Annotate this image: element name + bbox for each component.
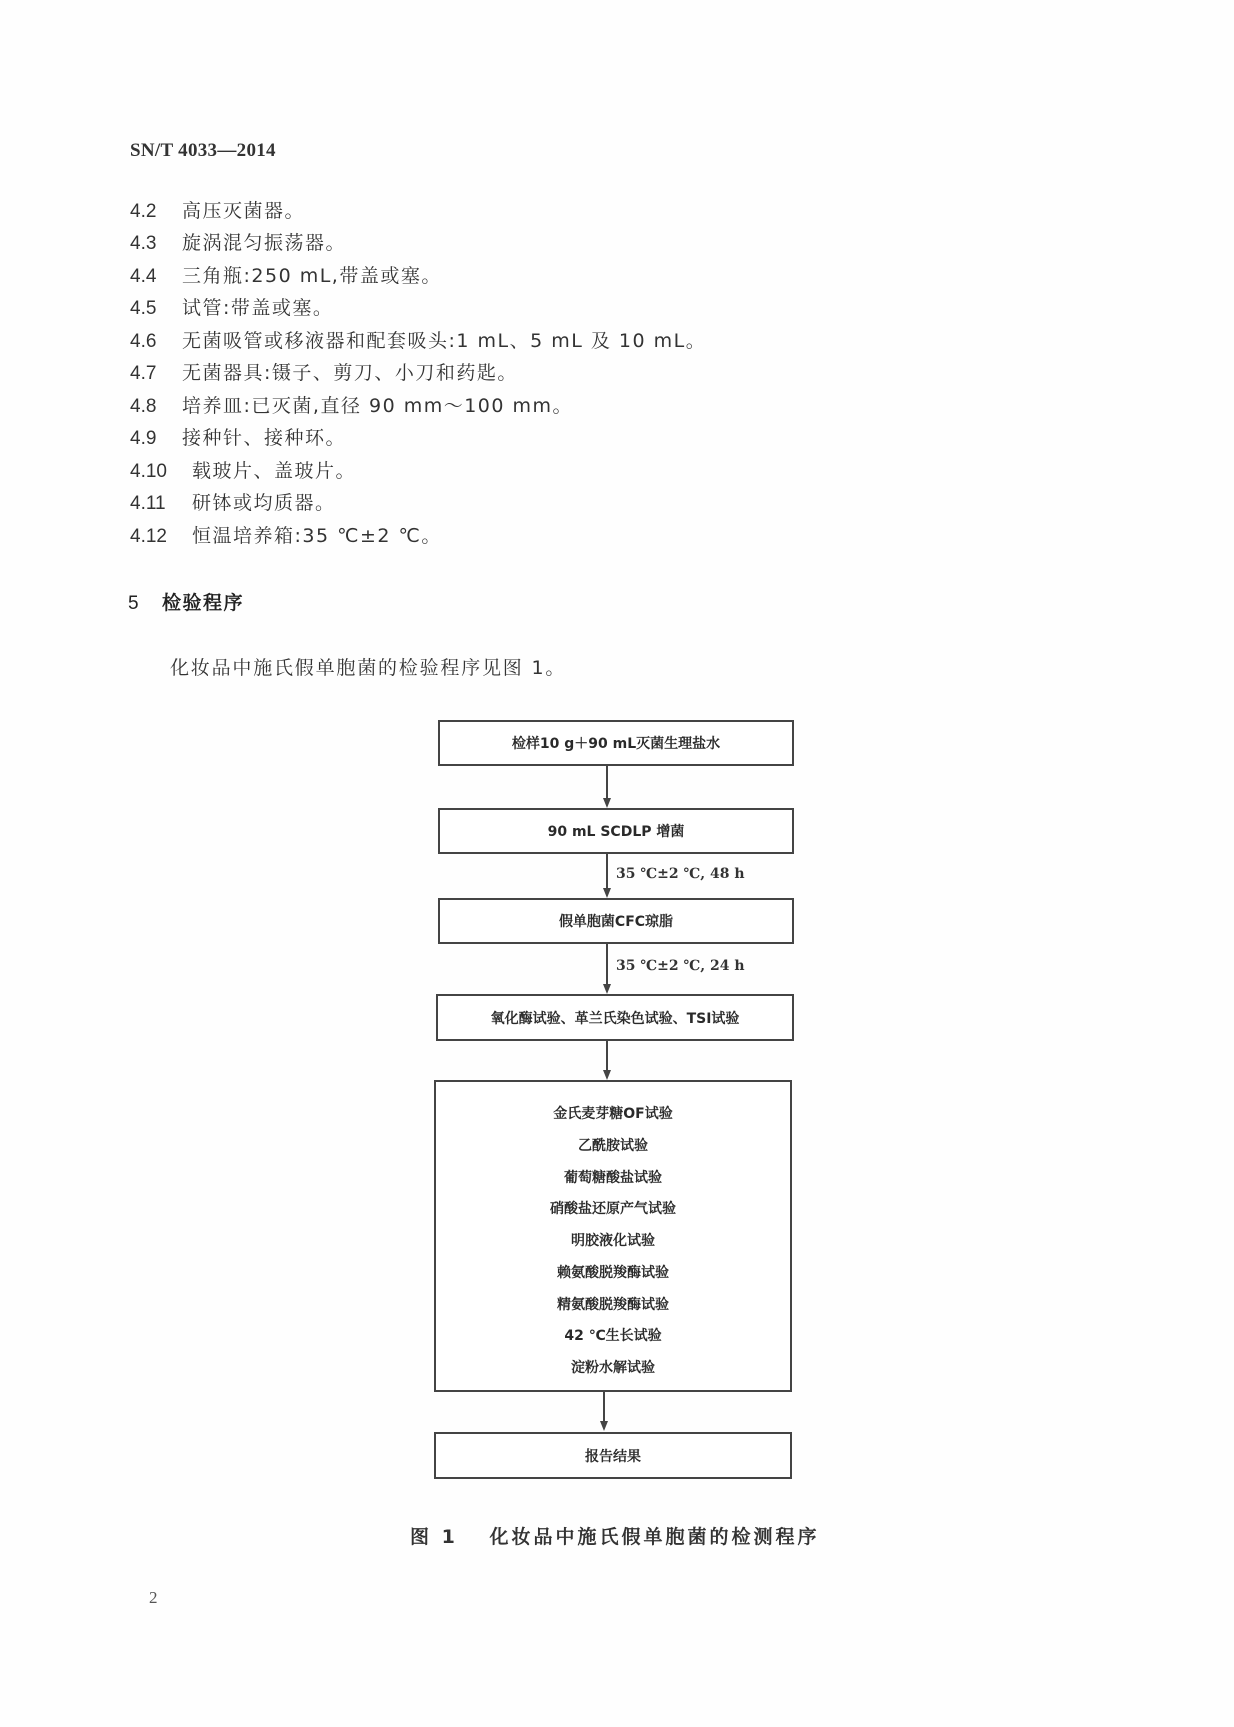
item-text: 旋涡混匀振荡器。 [182, 228, 346, 255]
test-item: 精氨酸脱羧酶试验 [557, 1295, 669, 1327]
flow-step-label: 报告结果 [585, 1446, 641, 1466]
item-number: 4.6 [130, 331, 182, 353]
arrow-down-icon [603, 798, 611, 808]
figure-title: 化妆品中施氏假单胞菌的检测程序 [489, 1526, 819, 1548]
connector-line [606, 944, 608, 986]
item-text: 高压灭菌器。 [182, 196, 305, 223]
connector-line [606, 1041, 608, 1072]
item-number: 4.3 [130, 233, 182, 255]
standard-code-header: SN/T 4033—2014 [130, 140, 276, 162]
test-item: 42 ℃生长试验 [564, 1326, 661, 1358]
page-number: 2 [149, 1588, 158, 1608]
list-item: 4.2 高压灭菌器。 [130, 196, 305, 223]
arrow-down-icon [603, 888, 611, 898]
flow-step-cfc-agar: 假单胞菌CFC琼脂 [438, 898, 794, 944]
connector-line [603, 1392, 605, 1423]
list-item: 4.10 载玻片、盖玻片。 [130, 456, 356, 483]
item-number: 4.2 [130, 201, 182, 223]
section-number: 5 [128, 593, 162, 615]
item-number: 4.11 [130, 493, 192, 515]
item-text: 载玻片、盖玻片。 [192, 456, 356, 483]
document-page: SN/T 4033—2014 4.2 高压灭菌器。 4.3 旋涡混匀振荡器。 4… [0, 0, 1234, 1727]
test-item: 硝酸盐还原产气试验 [550, 1199, 676, 1231]
item-number: 4.7 [130, 363, 182, 385]
flow-step-label: 90 mL SCDLP 增菌 [548, 821, 685, 841]
test-item: 淀粉水解试验 [571, 1358, 655, 1390]
flow-step-label: 氧化酶试验、革兰氏染色试验、TSI试验 [491, 1008, 740, 1028]
list-item: 4.7 无菌器具:镊子、剪刀、小刀和药匙。 [130, 358, 518, 385]
flow-step-biochemical-tests: 金氏麦芽糖OF试验 乙酰胺试验 葡萄糖酸盐试验 硝酸盐还原产气试验 明胶液化试验… [434, 1080, 792, 1392]
flow-step-label: 假单胞菌CFC琼脂 [559, 911, 673, 931]
item-number: 4.10 [130, 461, 192, 483]
flow-step-enrichment: 90 mL SCDLP 增菌 [438, 808, 794, 854]
list-item: 4.6 无菌吸管或移液器和配套吸头:1 mL、5 mL 及 10 mL。 [130, 326, 706, 353]
item-number: 4.12 [130, 526, 192, 548]
standard-code: SN/T 4033—2014 [130, 140, 276, 161]
item-number: 4.9 [130, 428, 182, 450]
list-item: 4.12 恒温培养箱:35 ℃±2 ℃。 [130, 521, 442, 548]
figure-label: 图 1 [410, 1526, 458, 1548]
item-number: 4.4 [130, 266, 182, 288]
incubation-condition: 35 ℃±2 ℃, 48 h [616, 866, 745, 882]
incubation-condition: 35 ℃±2 ℃, 24 h [616, 958, 745, 974]
section-paragraph: 化妆品中施氏假单胞菌的检验程序见图 1。 [170, 653, 566, 680]
list-item: 4.5 试管:带盖或塞。 [130, 293, 333, 320]
section-heading: 5 检验程序 [128, 588, 244, 615]
flow-step-preliminary-tests: 氧化酶试验、革兰氏染色试验、TSI试验 [436, 994, 794, 1041]
item-text: 培养皿:已灭菌,直径 90 mm～100 mm。 [182, 391, 573, 418]
item-text: 试管:带盖或塞。 [182, 293, 333, 320]
item-number: 4.8 [130, 396, 182, 418]
connector-line [606, 766, 608, 800]
section-title: 检验程序 [162, 588, 244, 615]
list-item: 4.4 三角瓶:250 mL,带盖或塞。 [130, 261, 442, 288]
item-text: 无菌吸管或移液器和配套吸头:1 mL、5 mL 及 10 mL。 [182, 326, 706, 353]
flow-step-label: 检样10 g＋90 mL灭菌生理盐水 [512, 733, 720, 753]
figure-caption: 图 1 化妆品中施氏假单胞菌的检测程序 [410, 1522, 819, 1549]
test-item: 乙酰胺试验 [578, 1136, 648, 1168]
test-item: 金氏麦芽糖OF试验 [553, 1104, 672, 1136]
flow-step-report: 报告结果 [434, 1432, 792, 1479]
list-item: 4.8 培养皿:已灭菌,直径 90 mm～100 mm。 [130, 391, 573, 418]
connector-line [606, 854, 608, 890]
item-number: 4.5 [130, 298, 182, 320]
arrow-down-icon [603, 1070, 611, 1080]
arrow-down-icon [600, 1421, 608, 1431]
item-text: 三角瓶:250 mL,带盖或塞。 [182, 261, 442, 288]
item-text: 研钵或均质器。 [192, 488, 336, 515]
flow-step-sample: 检样10 g＋90 mL灭菌生理盐水 [438, 720, 794, 766]
test-item: 葡萄糖酸盐试验 [564, 1168, 662, 1200]
list-item: 4.11 研钵或均质器。 [130, 488, 336, 515]
list-item: 4.3 旋涡混匀振荡器。 [130, 228, 346, 255]
list-item: 4.9 接种针、接种环。 [130, 423, 346, 450]
test-item: 赖氨酸脱羧酶试验 [557, 1263, 669, 1295]
arrow-down-icon [603, 984, 611, 994]
item-text: 无菌器具:镊子、剪刀、小刀和药匙。 [182, 358, 518, 385]
item-text: 恒温培养箱:35 ℃±2 ℃。 [192, 521, 442, 548]
item-text: 接种针、接种环。 [182, 423, 346, 450]
test-item: 明胶液化试验 [571, 1231, 655, 1263]
